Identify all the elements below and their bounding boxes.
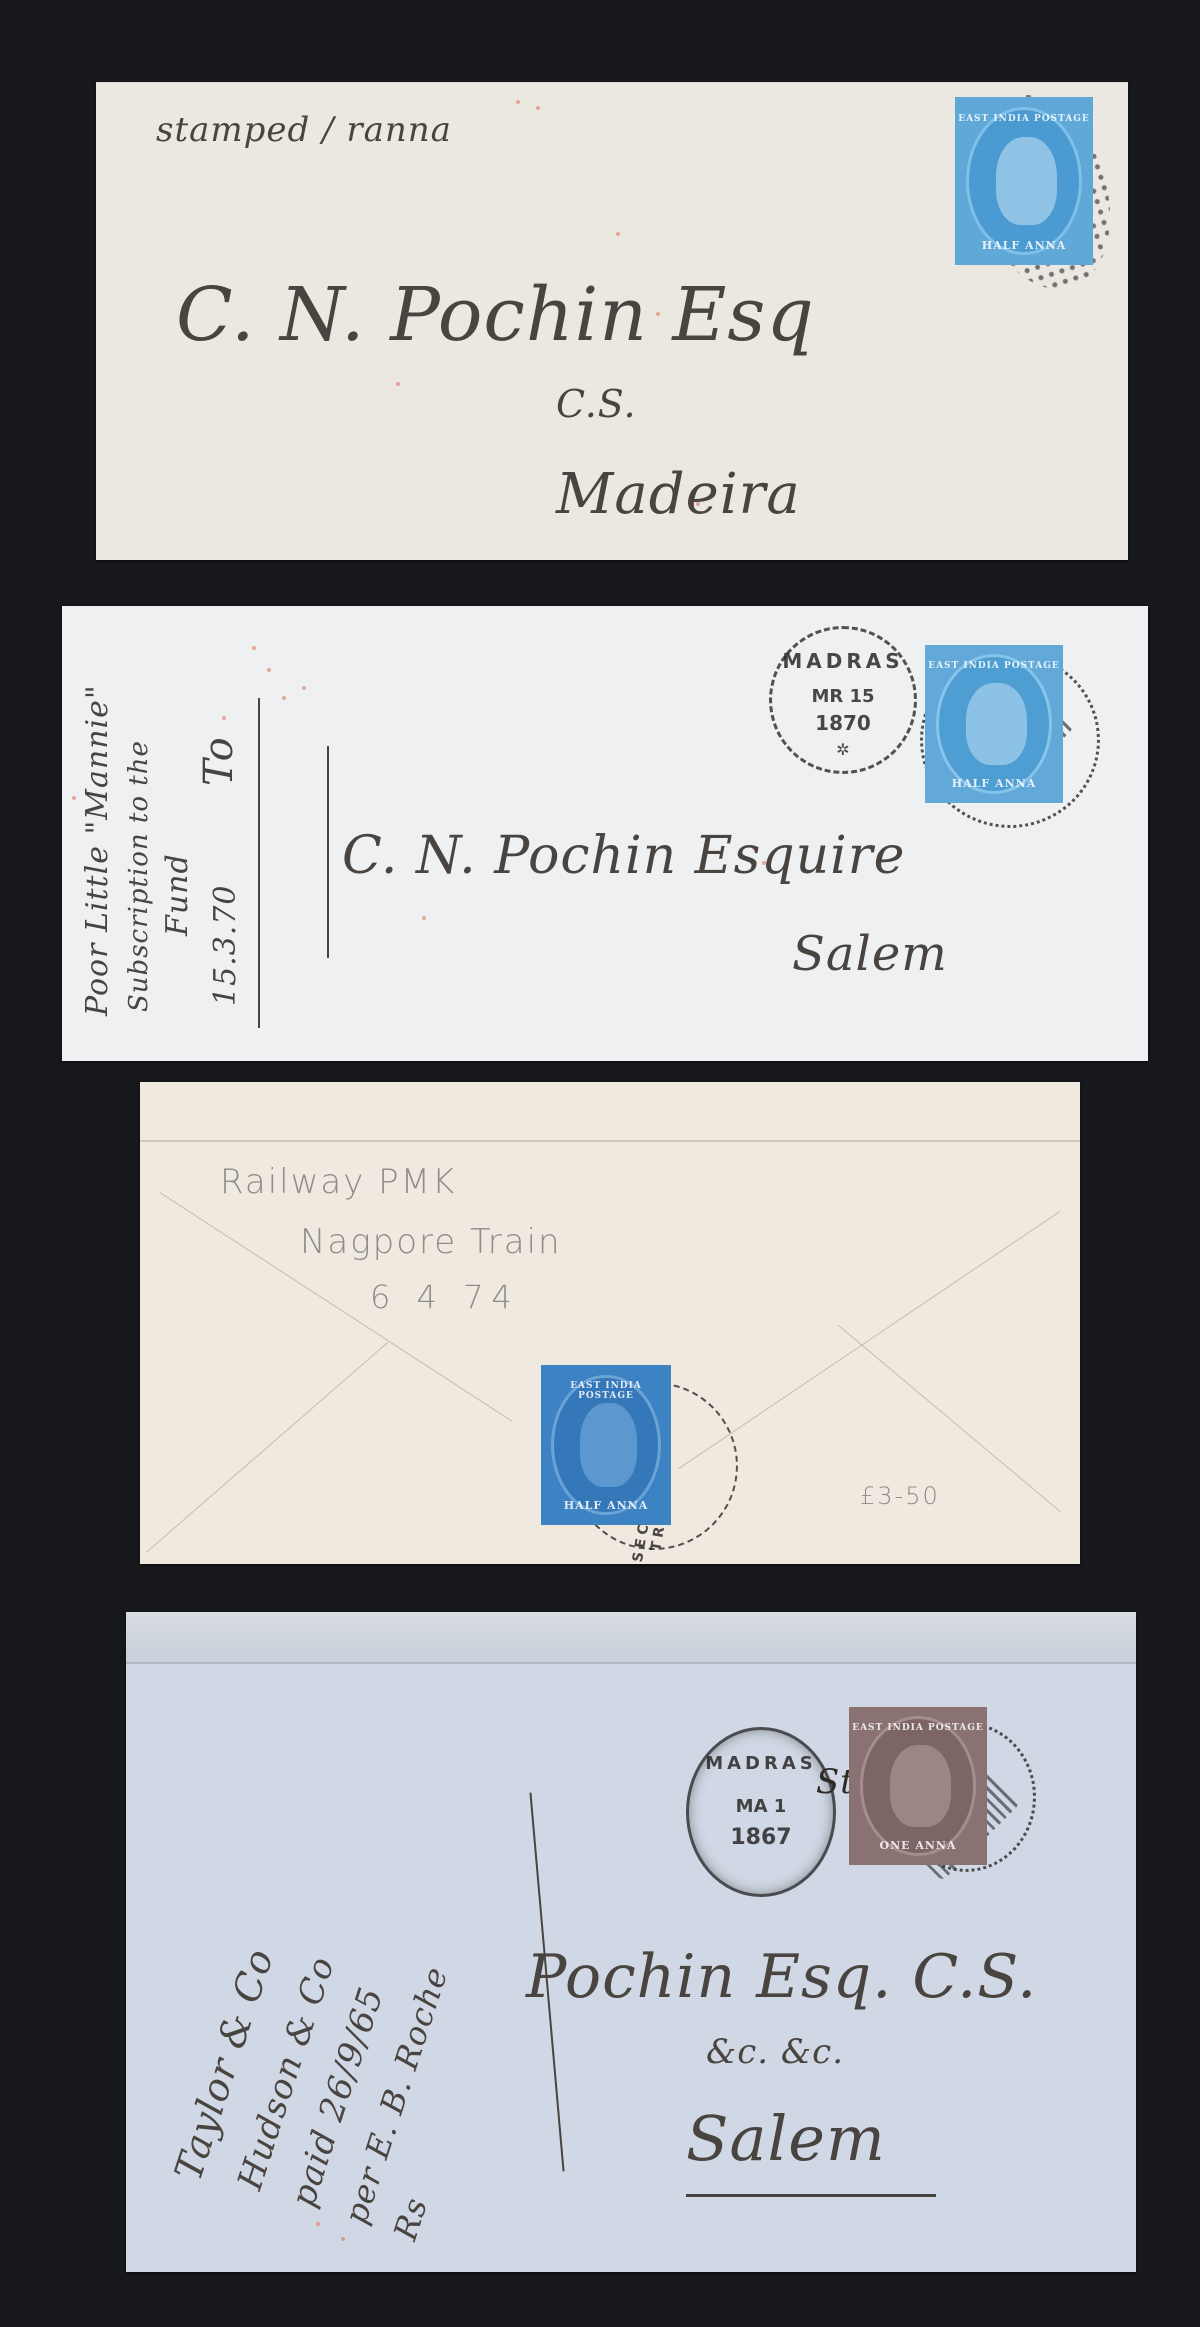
side-note-line-3: Fund (160, 853, 195, 936)
postmark-ornament: ✲ (772, 740, 914, 759)
side-note-line-1: Poor Little "Mannie" (80, 684, 115, 1016)
stamp-half-anna: EAST INDIA POSTAGE HALF ANNA (536, 1360, 676, 1530)
address-underline (686, 2194, 936, 2197)
side-note-line-5: Rs (386, 2193, 435, 2245)
stamp-legend-bottom: ONE ANNA (849, 1839, 987, 1852)
queen-portrait-icon (996, 137, 1057, 224)
stamp-half-anna: EAST INDIA POSTAGE HALF ANNA (920, 640, 1068, 808)
cover-2: Poor Little "Mannie" Subscription to the… (62, 606, 1148, 1061)
side-note-rule (258, 698, 260, 1028)
cover-1: stamped / ranna C. N. Pochin Esq C.S. Ma… (96, 82, 1128, 560)
annotation: stamped / ranna (156, 110, 452, 150)
side-note: Poor Little "Mannie" Subscription to the… (72, 616, 272, 1016)
address-line-3: Madeira (556, 462, 801, 527)
stamp-legend-top: EAST INDIA POSTAGE (849, 1723, 987, 1733)
postmark-date: MR 15 (772, 686, 914, 707)
pencil-note-line-1: Railway PMK (220, 1162, 456, 1202)
stamp-legend-bottom: HALF ANNA (955, 239, 1093, 252)
address-line-1: Pochin Esq. C.S. (526, 1942, 1037, 2012)
postmark-year: 1870 (772, 711, 914, 735)
flap-fold (678, 1211, 1060, 1469)
postmark-town: MADRAS (689, 1753, 833, 1774)
address-line-1: C. N. Pochin Esquire (342, 826, 905, 886)
stamp-legend-top: EAST INDIA POSTAGE (925, 661, 1063, 671)
address-line-2: Salem (792, 926, 948, 982)
fold-line (96, 82, 1128, 83)
flap-fold (146, 1342, 388, 1553)
stamp-legend-bottom: HALF ANNA (925, 777, 1063, 790)
queen-portrait-icon (890, 1745, 951, 1827)
cover-4: Taylor & Co Hudson & Co paid 26/9/65 per… (126, 1612, 1136, 2272)
postmark-year: 1867 (689, 1825, 833, 1850)
side-note-line-2: Subscription to the (124, 740, 154, 1012)
address-line-2: &c. &c. (706, 2032, 844, 2072)
side-note-rule (327, 746, 329, 958)
cover-3: Railway PMK Nagpore Train 6 4 74 £3-50 E… (140, 1082, 1080, 1564)
side-note-initials: To (196, 736, 242, 786)
stamp-legend-top: EAST INDIA POSTAGE (541, 1381, 671, 1401)
fold-line (126, 1662, 1136, 1664)
postmark-date: MA 1 (689, 1796, 833, 1817)
pencil-note-line-3: 6 4 74 (370, 1278, 520, 1316)
madras-postmark: MADRAS MA 1 1867 (686, 1727, 836, 1897)
stamp-legend-bottom: HALF ANNA (541, 1499, 671, 1512)
queen-portrait-icon (966, 683, 1027, 765)
pencil-note-line-2: Nagpore Train (300, 1222, 562, 1262)
address-line-1: C. N. Pochin Esq (176, 272, 815, 358)
stamp-half-anna: EAST INDIA POSTAGE HALF ANNA (950, 92, 1098, 270)
address-line-2: C.S. (556, 382, 637, 426)
address-line-3: Salem (686, 2102, 886, 2175)
stamp-legend-top: EAST INDIA POSTAGE (955, 114, 1093, 124)
price-note: £3-50 (860, 1482, 940, 1510)
postmark-town: MADRAS (772, 649, 914, 673)
top-fold (126, 1612, 1136, 1662)
stamp-one-anna: EAST INDIA POSTAGE ONE ANNA (844, 1702, 992, 1870)
queen-portrait-icon (580, 1403, 637, 1486)
madras-postmark: MADRAS MR 15 1870 ✲ (769, 626, 917, 774)
side-note-line-4: 15.3.70 (208, 884, 243, 1006)
flap-edge (140, 1140, 1080, 1142)
